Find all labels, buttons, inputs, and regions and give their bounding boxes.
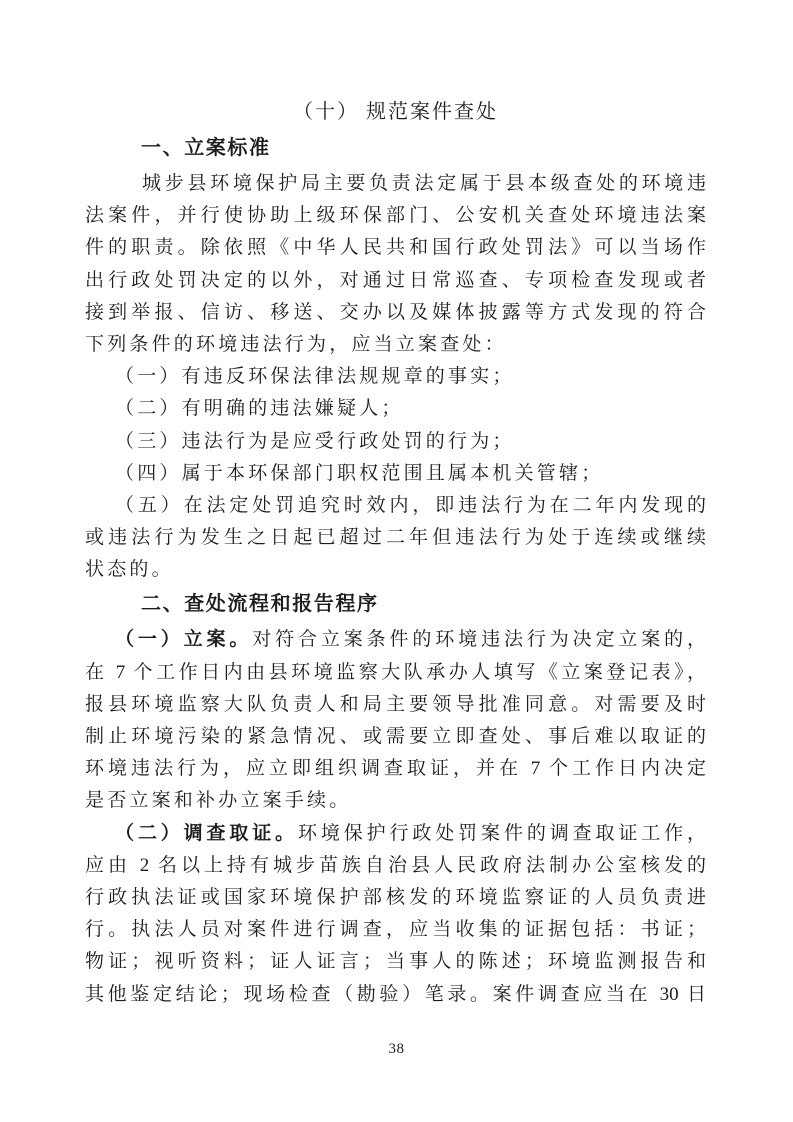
list-item-lead: （一）立案。 [115, 629, 252, 650]
text-line: 物证；视听资料；证人证言；当事人的陈述；环境监测报告和 [85, 946, 706, 978]
text-line: 下列条件的环境违法行为，应当立案查处： [85, 329, 706, 361]
text-line: （四）属于本环保部门职权范围且属本机关管辖； [85, 458, 706, 490]
text-line: 行政执法证或国家环境保护部核发的环境监察证的人员负责进 [85, 882, 706, 914]
text-line: （二）有明确的违法嫌疑人； [85, 393, 706, 425]
text-line: 其他鉴定结论；现场检查（勘验）笔录。案件调查应当在 30 日 [85, 979, 706, 1011]
list-item-lead: （二）调查取证。 [115, 823, 298, 844]
document-page: （十） 规范案件查处 一、立案标准城步县环境保护局主要负责法定属于县本级查处的环… [0, 0, 793, 1122]
text-line: （三）违法行为是应受行政处罚的行为； [85, 426, 706, 458]
text-line: 应由 2 名以上持有城步苗族自治县人民政府法制办公室核发的 [85, 850, 706, 882]
text-line: 出行政处罚决定的以外，对通过日常巡查、专项检查发现或者 [85, 265, 706, 297]
text-line: 法案件，并行使协助上级环保部门、公安机关查处环境违法案 [85, 200, 706, 232]
text-line: （二）调查取证。环境保护行政处罚案件的调查取证工作， [85, 818, 706, 850]
text-line: 行。执法人员对案件进行调查，应当收集的证据包括：书证； [85, 914, 706, 946]
text-line: 城步县环境保护局主要负责法定属于县本级查处的环境违 [85, 168, 706, 200]
text-line: （五）在法定处罚追究时效内，即违法行为在二年内发现的 [85, 490, 706, 522]
page-number: 38 [0, 1040, 793, 1058]
text-line: 报县环境监察大队负责人和局主要领导批准同意。对需要及时 [85, 689, 706, 721]
document-body: 一、立案标准城步县环境保护局主要负责法定属于县本级查处的环境违法案件，并行使协助… [85, 130, 706, 1011]
text-line: 或违法行为发生之日起已超过二年但违法行为处于连续或继续 [85, 522, 706, 554]
section-heading: 一、立案标准 [85, 130, 706, 167]
text-line: 是否立案和补办立案手续。 [85, 785, 706, 817]
text-line: 接到举报、信访、移送、交办以及媒体披露等方式发现的符合 [85, 297, 706, 329]
text-line: （一）有违反环保法律法规规章的事实； [85, 361, 706, 393]
text-line: （一）立案。对符合立案条件的环境违法行为决定立案的， [85, 624, 706, 656]
chapter-title: （十） 规范案件查处 [85, 94, 706, 130]
section-heading: 二、查处流程和报告程序 [85, 586, 706, 623]
text-line: 环境违法行为，应立即组织调查取证，并在 7 个工作日内决定 [85, 753, 706, 785]
document-content: （十） 规范案件查处 一、立案标准城步县环境保护局主要负责法定属于县本级查处的环… [85, 94, 706, 1011]
text-line: 状态的。 [85, 554, 706, 586]
text-line: 件的职责。除依照《中华人民共和国行政处罚法》可以当场作 [85, 232, 706, 264]
text-line: 在 7 个工作日内由县环境监察大队承办人填写《立案登记表》， [85, 657, 706, 689]
text-line: 制止环境污染的紧急情况、或需要立即查处、事后难以取证的 [85, 721, 706, 753]
